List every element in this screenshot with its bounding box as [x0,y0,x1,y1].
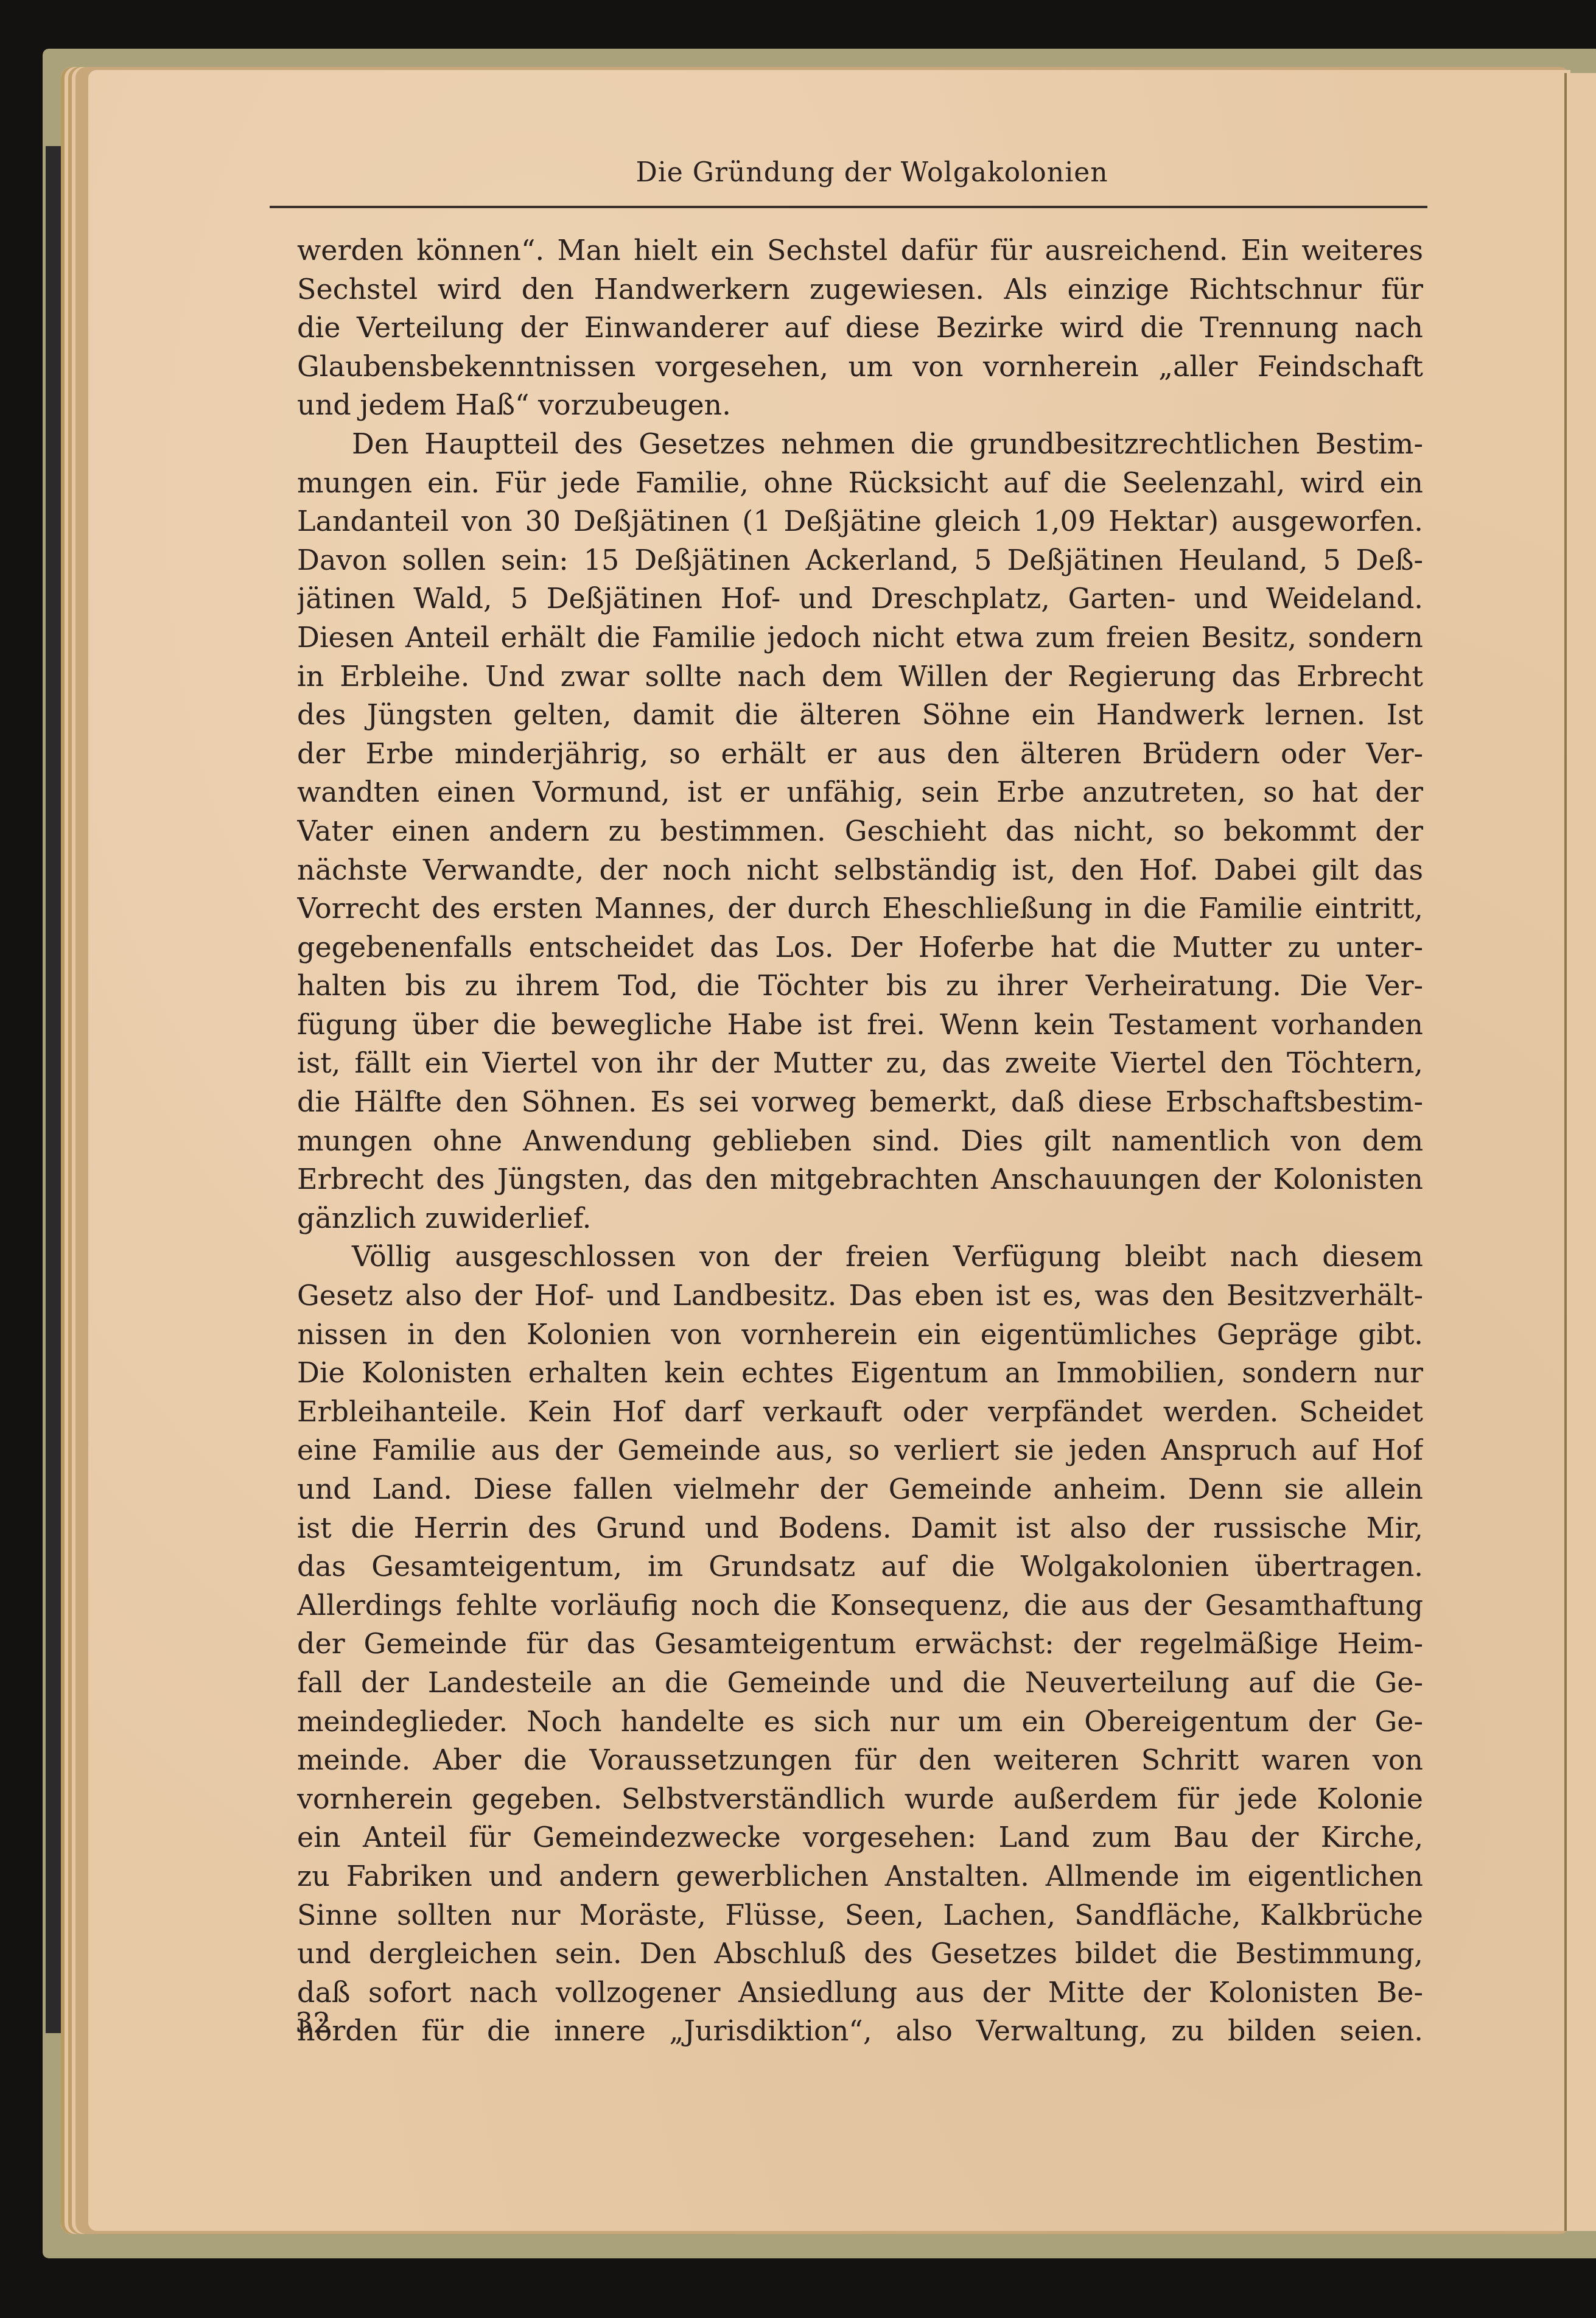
text-line: werden können“. Man hielt ein Sechstel d… [297,231,1423,270]
facing-page-edge [1567,73,1596,2231]
text-line: Glaubensbekenntnissen vorgesehen, um von… [297,348,1423,387]
text-line: Erbrecht des Jüngsten, das den mitgebrac… [297,1160,1423,1199]
text-line: und jedem Haß“ vorzubeugen. [297,386,1423,425]
text-line: meindeglieder. Noch handelte es sich nur… [297,1703,1423,1742]
header-rule [270,206,1427,208]
body-text: werden können“. Man hielt ein Sechstel d… [297,231,1423,2051]
text-line: gänzlich zuwiderlief. [297,1199,1423,1238]
text-line: Vater einen andern zu bestimmen. Geschie… [297,812,1423,851]
text-line: mungen ohne Anwendung geblieben sind. Di… [297,1122,1423,1161]
text-line: hörden für die innere „Jurisdiktion“, al… [297,2012,1423,2051]
text-line: Die Kolonisten erhalten kein echtes Eige… [297,1354,1423,1393]
text-line: jätinen Wald, 5 Deßjätinen Hof- und Dres… [297,579,1423,618]
text-line: Völlig ausgeschlossen von der freien Ver… [297,1238,1423,1276]
text-line: Davon sollen sein: 15 Deßjätinen Ackerla… [297,541,1423,580]
text-line: Diesen Anteil erhält die Familie jedoch … [297,618,1423,657]
text-line: meinde. Aber die Voraussetzungen für den… [297,1741,1423,1780]
text-line: die Verteilung der Einwanderer auf diese… [297,309,1423,348]
running-head: Die Gründung der Wolgakolonien [323,157,1421,188]
text-line: Den Hauptteil des Gesetzes nehmen die gr… [297,425,1423,464]
text-line: daß sofort nach vollzogener Ansiedlung a… [297,1973,1423,2012]
text-line: das Gesamteigentum, im Grundsatz auf die… [297,1547,1423,1586]
text-line: eine Familie aus der Gemeinde aus, so ve… [297,1431,1423,1470]
paragraph-3: Völlig ausgeschlossen von der freien Ver… [297,1238,1423,2050]
text-line: fall der Landesteile an die Gemeinde und… [297,1664,1423,1703]
text-line: Vorrecht des ersten Mannes, der durch Eh… [297,889,1423,928]
text-line: ein Anteil für Gemeindezwecke vorgesehen… [297,1818,1423,1857]
text-line: Erbleihanteile. Kein Hof darf verkauft o… [297,1393,1423,1432]
text-line: die Hälfte den Söhnen. Es sei vorweg bem… [297,1083,1423,1122]
text-line: gegebenenfalls entscheidet das Los. Der … [297,928,1423,967]
text-line: mungen ein. Für jede Familie, ohne Rücks… [297,464,1423,503]
paragraph-1: werden können“. Man hielt ein Sechstel d… [297,231,1423,425]
text-line: vornherein gegeben. Selbstverständlich w… [297,1780,1423,1819]
text-line: fügung über die bewegliche Habe ist frei… [297,1006,1423,1045]
text-line: halten bis zu ihrem Tod, die Töchter bis… [297,967,1423,1006]
text-line: Sinne sollten nur Moräste, Flüsse, Seen,… [297,1896,1423,1935]
text-line: nissen in den Kolonien von vornherein ei… [297,1315,1423,1354]
text-line: ist, fällt ein Viertel von ihr der Mutte… [297,1044,1423,1083]
text-line: Allerdings fehlte vorläufig noch die Kon… [297,1586,1423,1625]
text-line: wandten einen Vormund, ist er unfähig, s… [297,773,1423,812]
text-line: des Jüngsten gelten, damit die älteren S… [297,696,1423,735]
text-line: und dergleichen sein. Den Abschluß des G… [297,1935,1423,1973]
text-line: Sechstel wird den Handwerkern zugewiesen… [297,270,1423,309]
text-line: der Gemeinde für das Gesamteigentum erwä… [297,1625,1423,1664]
text-line: ist die Herrin des Grund und Bodens. Dam… [297,1509,1423,1548]
text-line: der Erbe minderjährig, so erhält er aus … [297,735,1423,774]
text-line: nächste Verwandte, der noch nicht selbst… [297,851,1423,890]
page-number: 32 [295,2006,331,2039]
text-line: zu Fabriken und andern gewerblichen Anst… [297,1857,1423,1896]
text-line: Landanteil von 30 Deßjätinen (1 Deßjätin… [297,502,1423,541]
paragraph-2: Den Hauptteil des Gesetzes nehmen die gr… [297,425,1423,1238]
text-line: in Erbleihe. Und zwar sollte nach dem Wi… [297,657,1423,696]
text-line: Gesetz also der Hof- und Landbesitz. Das… [297,1276,1423,1315]
text-line: und Land. Diese fallen vielmehr der Geme… [297,1470,1423,1509]
